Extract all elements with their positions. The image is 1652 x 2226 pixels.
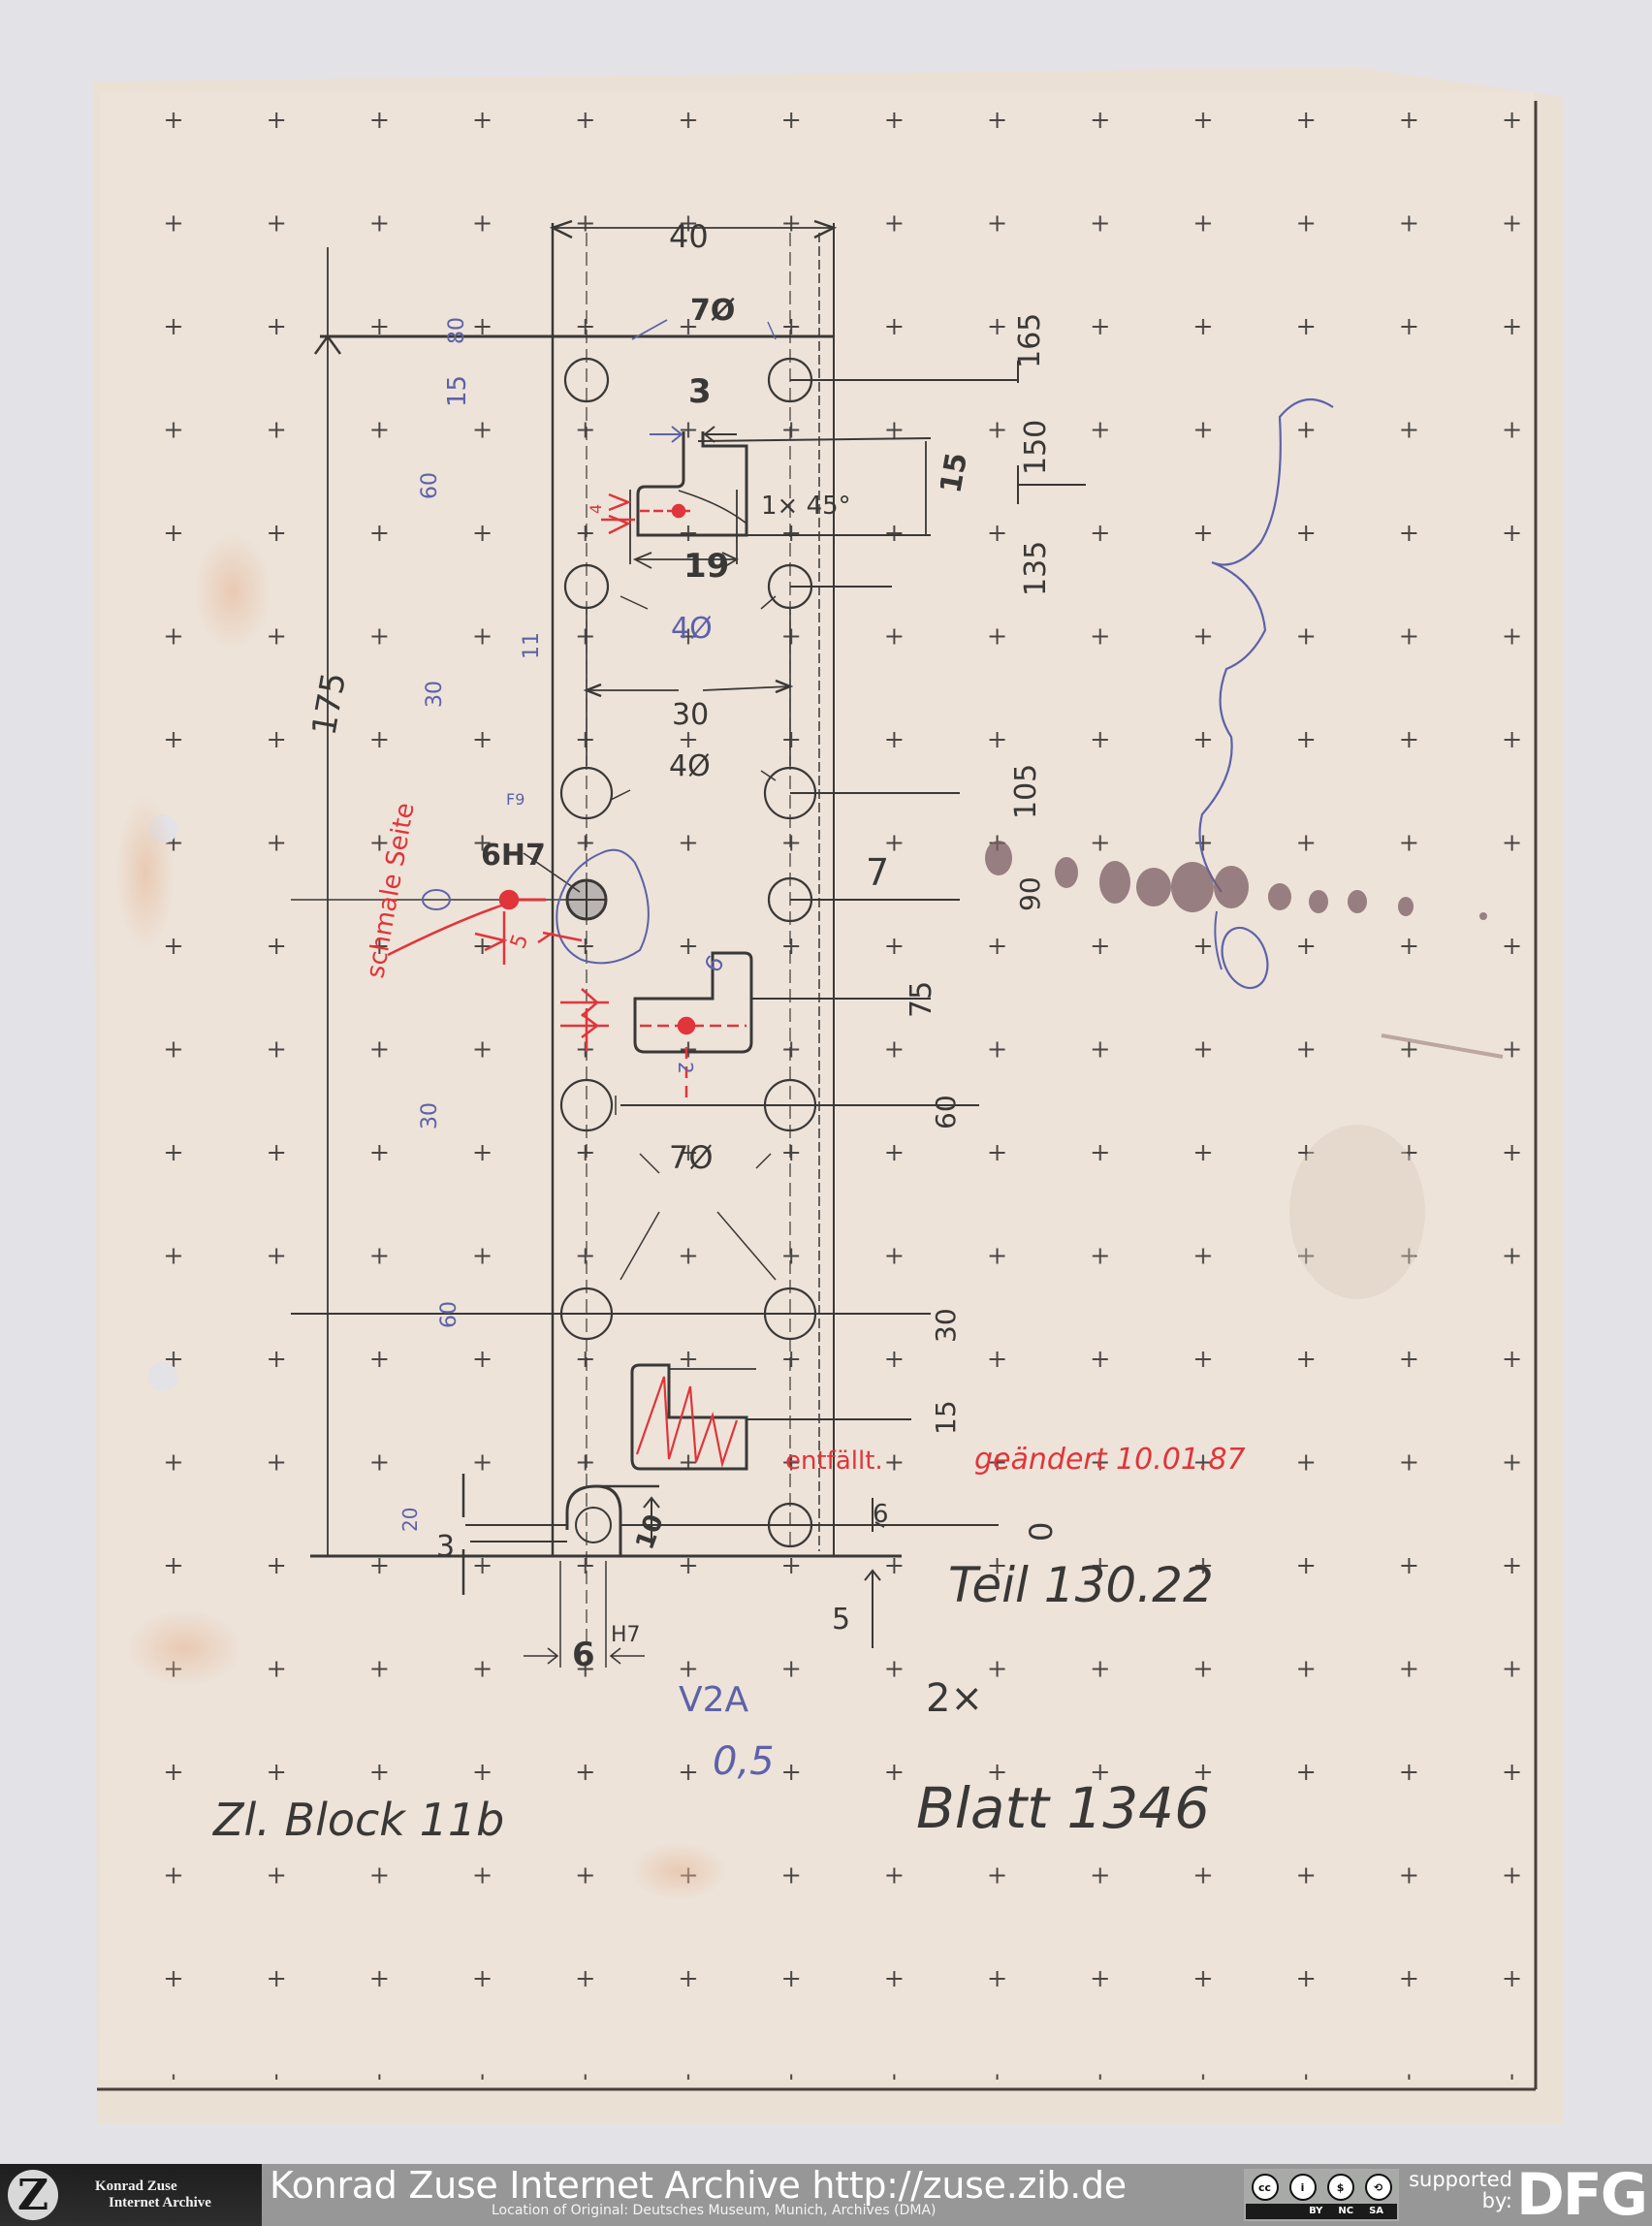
material: V2A [679,1680,749,1720]
blue-2: 2 [674,1062,697,1074]
supported-line-1: supported [1409,2169,1512,2190]
left-scale-60: 60 [418,472,442,499]
y-scale-165: 165 [1013,313,1047,368]
y-scale-15: 15 [930,1400,962,1435]
supported-line-2: by: [1409,2190,1512,2211]
y-scale-150: 150 [1019,420,1053,475]
original-location: Location of Original: Deutsches Museum, … [492,2203,936,2218]
by-attribution-icon: i [1289,2174,1317,2201]
license-label-nc: NC [1338,2204,1353,2219]
dim-pin-width: 6 [572,1636,595,1674]
dim-hole-top: 7Ø [690,294,735,328]
cc-icon: cc [1252,2174,1279,2201]
dim-40: 40 [669,218,709,255]
dim-chamfer: 1× 45° [761,492,851,521]
dim-pin-tol: H7 [611,1623,641,1647]
dim-slot-width: 3 [688,372,712,411]
note-entfaellt: entfällt. [785,1447,883,1476]
zuse-logo-block[interactable]: Z Konrad Zuse Internet Archive [0,2164,262,2226]
y-scale-0: 0 [1023,1522,1060,1542]
noncommercial-icon: $ [1327,2174,1354,2201]
footer-center: Konrad Zuse Internet Archive http://zuse… [262,2164,1244,2226]
part-number: Teil 130.22 [948,1557,1214,1613]
left-scale-11: 11 [520,632,544,659]
y-scale-105: 105 [1009,764,1043,819]
left-scale-20: 20 [398,1508,422,1532]
left-scale-60b: 60 [437,1301,461,1328]
scanned-drawing: 40 7Ø 3 1× 45° 15 19 4Ø 30 4Ø 175 6H7 F9… [0,0,1652,2164]
sharealike-icon: ⟲ [1365,2174,1392,2201]
left-scale-30a: 30 [423,681,447,708]
y-scale-30: 30 [930,1308,962,1343]
logo-text: Konrad Zuse Internet Archive [95,2178,211,2211]
dim-hole-mid: 4Ø [671,612,713,646]
dim-slot-length: 19 [683,547,729,586]
archive-title-link[interactable]: Konrad Zuse Internet Archive http://zuse… [270,2164,1127,2207]
left-scale-30b: 30 [418,1102,442,1129]
dim-pin-offset: 3 [436,1530,455,1564]
left-scale-15: 15 [443,375,472,407]
logo-line-2: Internet Archive [109,2195,211,2211]
y-scale-60: 60 [930,1095,962,1129]
license-label-by: BY [1309,2204,1322,2219]
license-label-sa: SA [1369,2204,1383,2219]
pin-tolerance: F9 [506,790,524,809]
thickness: 0,5 [713,1739,775,1784]
cc-license-badge[interactable]: cc i $ ⟲ BY NC SA [1244,2169,1399,2221]
supported-by-text: supported by: [1409,2169,1512,2226]
red-4-top: 4 [587,504,605,514]
block-number: Zl. Block 11b [211,1794,504,1846]
dim-hole-2: 4Ø [669,749,711,783]
quantity: 2× [926,1676,983,1721]
sheet-number: Blatt 1346 [916,1775,1210,1841]
y-scale-135: 135 [1019,541,1053,596]
z-logo-icon: Z [8,2170,58,2220]
y-scale-75: 75 [905,981,938,1018]
pin-label: 6H7 [481,839,546,873]
dfg-logo[interactable]: DFG [1516,2164,1646,2226]
label-7: 7 [866,851,889,894]
bottom-5: 5 [832,1603,850,1637]
left-scale-80: 80 [445,317,469,344]
logo-line-1: Konrad Zuse [95,2178,211,2195]
y-scale-90: 90 [1014,876,1046,911]
archive-footer-banner: Z Konrad Zuse Internet Archive Konrad Zu… [0,2164,1652,2226]
note-geaendert: geändert 10.01.87 [974,1443,1246,1477]
dim-hole-lower: 7Ø [669,1139,714,1176]
bottom-6: 6 [873,1500,889,1529]
dim-spacing: 30 [672,698,709,732]
dim-slot-height: 15 [934,450,974,495]
